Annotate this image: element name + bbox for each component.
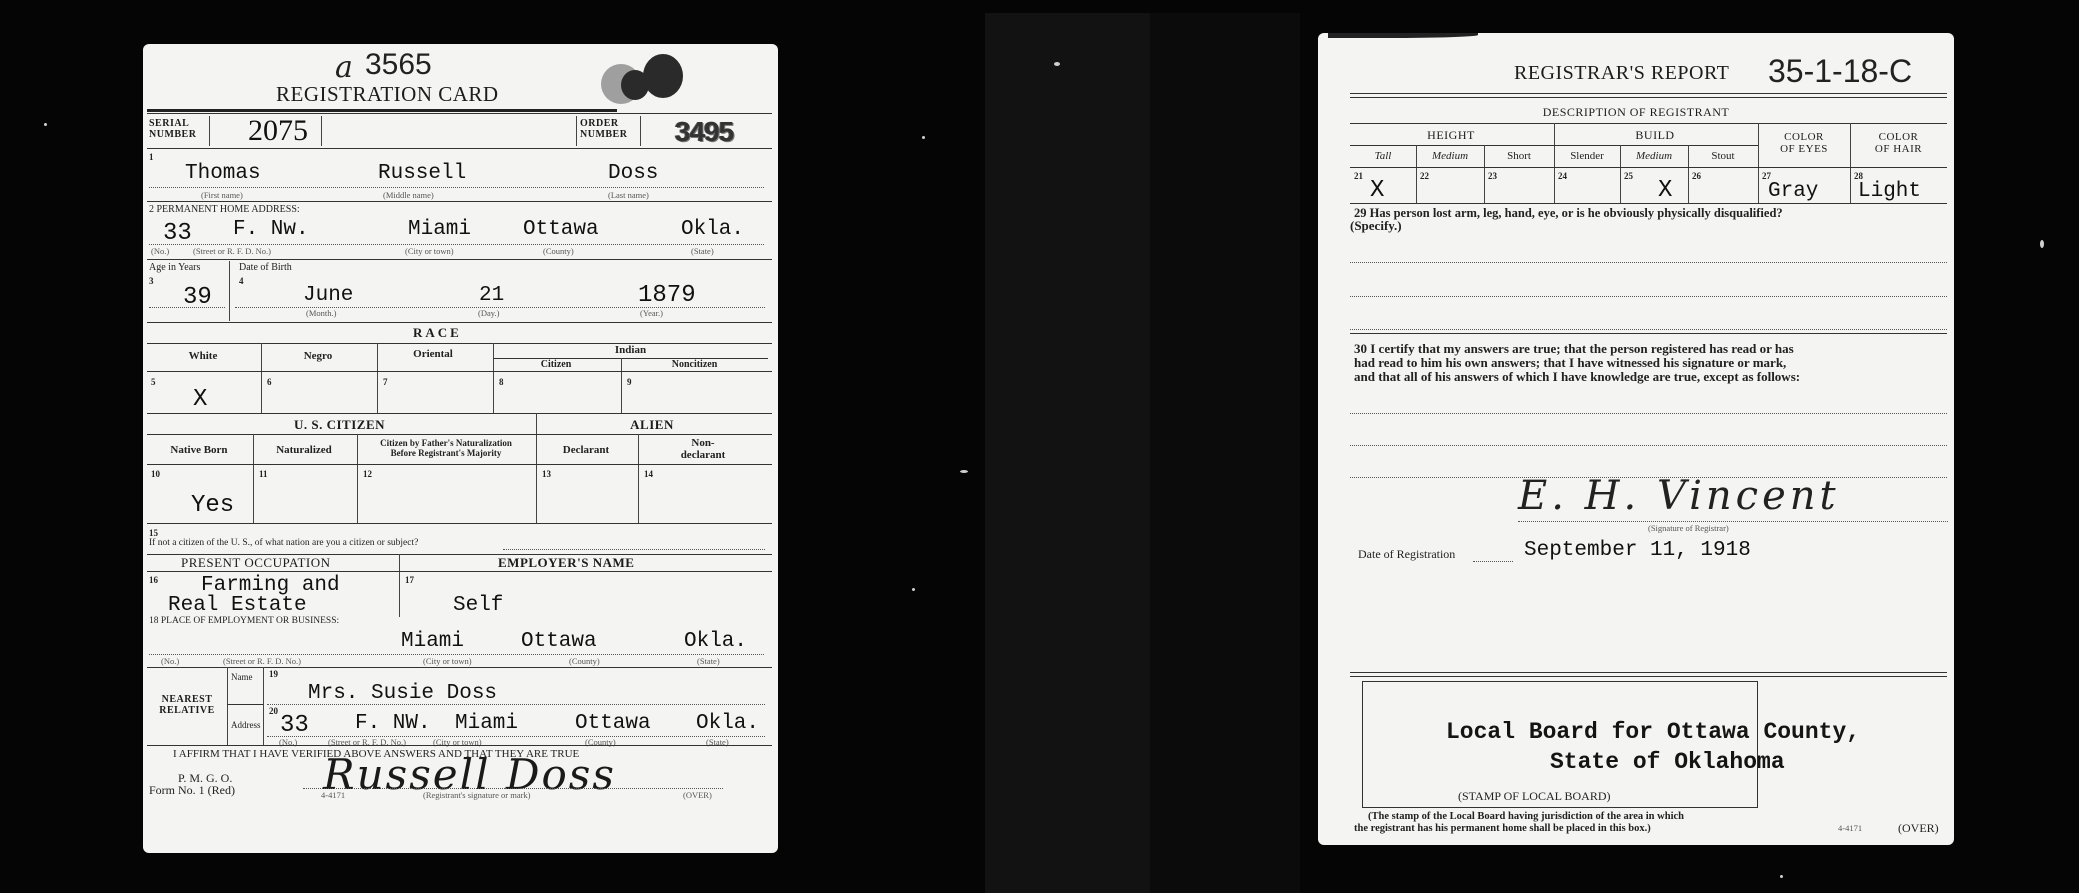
relative-name: Mrs. Susie Doss	[308, 682, 497, 705]
dust-speck	[44, 123, 47, 126]
last-name: Doss	[608, 162, 658, 185]
native-born-value: Yes	[191, 492, 234, 519]
dust-speck	[1054, 62, 1060, 66]
order-number: 3495	[675, 116, 733, 148]
address-county: Ottawa	[523, 218, 599, 241]
address-number: 33	[163, 220, 192, 247]
race-heading: RACE	[413, 325, 462, 341]
scanner-background-strip	[985, 13, 1150, 893]
place-county: Ottawa	[521, 630, 597, 653]
relative-address-state: Okla.	[696, 712, 759, 735]
nearest-relative-label: NEAREST RELATIVE	[149, 694, 225, 716]
stamp-caption: (STAMP OF LOCAL BOARD)	[1458, 789, 1611, 804]
dob-month: June	[303, 284, 353, 307]
relative-address-street: F. NW.	[355, 712, 431, 735]
relative-address-county: Ottawa	[575, 712, 651, 735]
height-tall-mark: X	[1370, 177, 1384, 204]
address-street: F. Nw.	[233, 218, 309, 241]
description-heading: DESCRIPTION OF REGISTRANT	[1318, 105, 1954, 120]
place-state: Okla.	[684, 630, 747, 653]
form-code: 4-4171	[1838, 823, 1862, 833]
stamp-note: (The stamp of the Local Board having jur…	[1354, 811, 1684, 835]
race-white-mark: X	[193, 386, 207, 413]
dob-year: 1879	[638, 282, 696, 309]
local-board-stamp-line-1: Local Board for Ottawa County,	[1446, 719, 1860, 745]
dob-label: Date of Birth	[239, 262, 292, 273]
occupation-heading: PRESENT OCCUPATION	[181, 555, 331, 571]
registrar-report-title: REGISTRAR'S REPORT	[1514, 62, 1729, 85]
dust-speck	[912, 588, 915, 591]
place-of-employment-label: 18 PLACE OF EMPLOYMENT OR BUSINESS:	[149, 616, 339, 626]
relative-address-number: 33	[280, 712, 309, 739]
registrar-signature: E. H. Vincent	[1518, 473, 1840, 519]
occupation-line-2: Real Estate	[168, 594, 307, 617]
local-board-stamp-line-2: State of Oklahoma	[1550, 749, 1785, 775]
alien-heading: ALIEN	[536, 417, 768, 433]
dust-speck	[960, 470, 968, 473]
employer-heading: EMPLOYER'S NAME	[498, 555, 634, 571]
serial-number-label: SERIAL NUMBER	[149, 118, 196, 140]
dust-speck	[922, 136, 925, 139]
first-name: Thomas	[185, 162, 261, 185]
us-citizen-heading: U. S. CITIZEN	[147, 417, 532, 433]
date-of-registration-label: Date of Registration	[1358, 547, 1455, 562]
q15-text: If not a citizen of the U. S., of what n…	[149, 538, 418, 548]
date-of-registration-value: September 11, 1918	[1524, 539, 1751, 562]
over-label: (OVER)	[683, 790, 712, 800]
registration-card-back: REGISTRAR'S REPORT 35-1-18-C DESCRIPTION…	[1318, 33, 1954, 845]
dust-speck	[2040, 240, 2044, 248]
eye-color-heading: COLOR OF EYES	[1758, 131, 1850, 155]
order-number-label: ORDER NUMBER	[580, 118, 627, 140]
hair-color-heading: COLOR OF HAIR	[1850, 131, 1947, 155]
registration-card-front: a 3565 REGISTRATION CARD SERIAL NUMBER 2…	[143, 44, 778, 853]
signature-caption: (Registrant's signature or mark)	[423, 790, 531, 800]
serial-number: 2075	[248, 114, 308, 148]
hair-color-value: Light	[1858, 180, 1921, 203]
certification-text: 30 I certify that my answers are true; t…	[1354, 342, 1800, 384]
address-city: Miami	[408, 218, 471, 241]
fathers-naturalization-label: Citizen by Father's Naturalization Befor…	[357, 438, 535, 458]
relative-address-city: Miami	[455, 712, 518, 735]
registrar-signature-caption: (Signature of Registrar)	[1648, 523, 1729, 533]
address-state: Okla.	[681, 218, 744, 241]
file-prefix: a	[335, 50, 353, 85]
q29-text: 29 Has person lost arm, leg, hand, eye, …	[1354, 206, 1783, 220]
card-title: REGISTRATION CARD	[276, 82, 499, 107]
form-code: 4-4171	[321, 790, 345, 800]
eye-color-value: Gray	[1768, 180, 1818, 203]
place-city: Miami	[401, 630, 464, 653]
nondeclarant-label: Non- declarant	[638, 437, 768, 461]
form-number: Form No. 1 (Red)	[149, 783, 235, 798]
dob-day: 21	[479, 284, 504, 307]
build-medium-mark: X	[1658, 177, 1672, 204]
scanner-background-strip	[1150, 13, 1300, 893]
report-code: 35-1-18-C	[1768, 53, 1912, 90]
ink-stamp	[643, 54, 683, 98]
employer-name: Self	[453, 594, 503, 617]
age-label: Age in Years	[149, 262, 200, 273]
file-number: 3565	[365, 48, 432, 82]
middle-name: Russell	[378, 162, 466, 185]
dust-speck	[1780, 875, 1783, 878]
over-label: (OVER)	[1898, 821, 1939, 836]
address-label: 2 PERMANENT HOME ADDRESS:	[149, 204, 300, 215]
